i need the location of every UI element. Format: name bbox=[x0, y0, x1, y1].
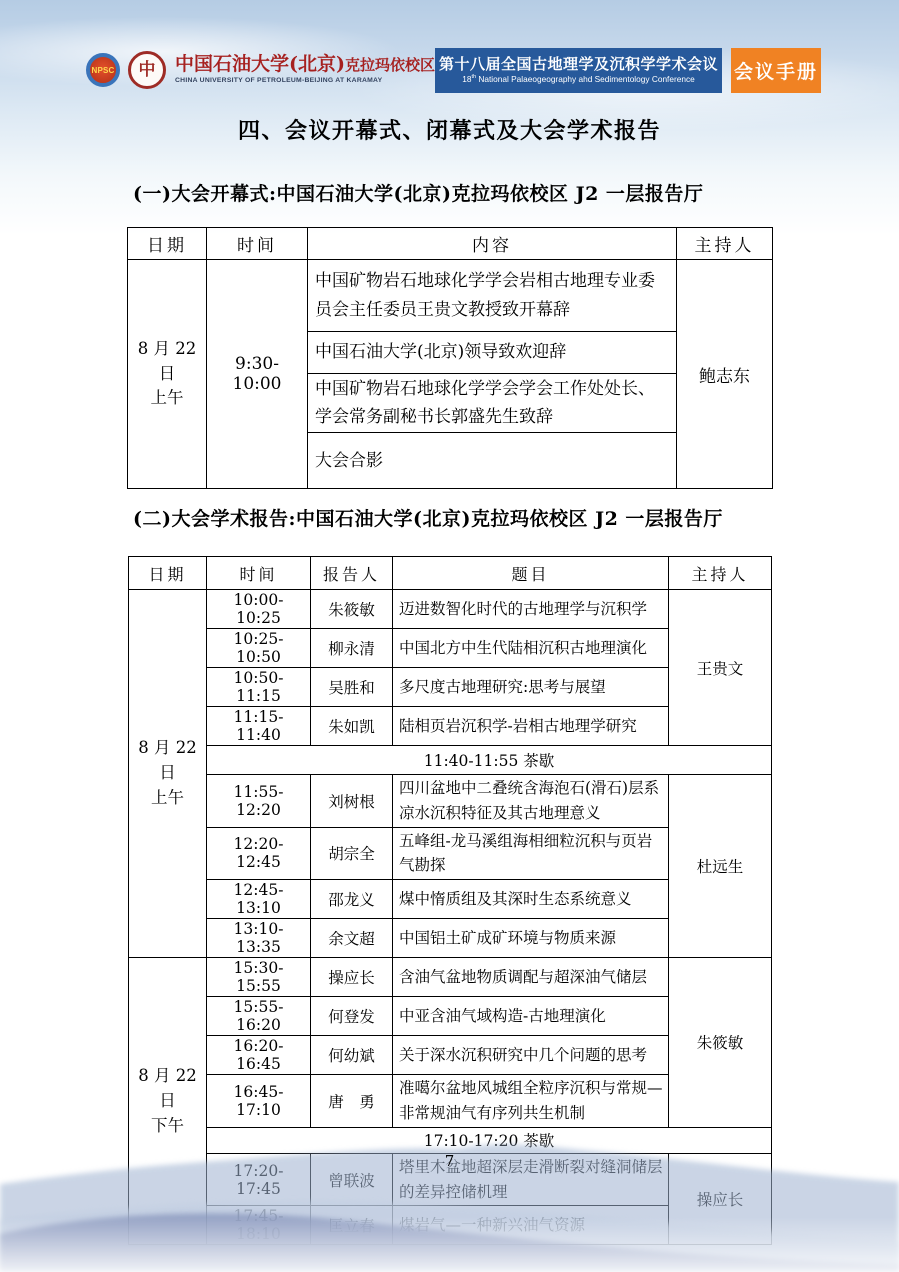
speaker-cell: 唐 勇 bbox=[311, 1075, 393, 1128]
conference-en-rest: National Palaeogeography ahd Sedimentolo… bbox=[476, 74, 695, 84]
speaker-cell: 朱筱敏 bbox=[311, 590, 393, 629]
speaker-cell: 匡立春 bbox=[311, 1206, 393, 1245]
date-line1: 8 月 22 日 bbox=[134, 1064, 201, 1114]
title-cell: 关于深水沉积研究中几个问题的思考 bbox=[393, 1036, 669, 1075]
campus-name: 克拉玛依校区 bbox=[345, 56, 435, 74]
moderator-cell: 鲍志东 bbox=[677, 260, 773, 489]
date-line1: 8 月 22 日 bbox=[134, 736, 201, 786]
moderator-cell: 王贵文 bbox=[669, 590, 772, 746]
content-cell: 中国石油大学(北京)领导致欢迎辞 bbox=[308, 332, 677, 374]
column-header-time: 时间 bbox=[207, 228, 308, 260]
title-cell: 陆相页岩沉积学-岩相古地理学研究 bbox=[393, 707, 669, 746]
page: NPSC 中 中国石油大学(北京)克拉玛依校区 CHINA UNIVERSITY… bbox=[0, 0, 899, 1272]
time-cell: 11:55-12:20 bbox=[207, 775, 311, 828]
time-cell: 13:10-13:35 bbox=[207, 919, 311, 958]
conference-title-en: 18th National Palaeogeography ahd Sedime… bbox=[462, 74, 694, 84]
time-cell: 9:30-10:00 bbox=[207, 260, 308, 489]
table1-row: 8 月 22 日 上午 9:30-10:00 中国矿物岩石地球化学学会岩相古地理… bbox=[128, 260, 773, 332]
speaker-cell: 柳永清 bbox=[311, 629, 393, 668]
conference-title-cn: 第十八届全国古地理学及沉积学学术会议 bbox=[439, 56, 718, 73]
time-cell: 12:20-12:45 bbox=[207, 827, 311, 880]
date-cell-morning: 8 月 22 日 上午 bbox=[129, 590, 207, 958]
title-cell: 中亚含油气域构造-古地理演化 bbox=[393, 997, 669, 1036]
time-cell: 15:55-16:20 bbox=[207, 997, 311, 1036]
page-title: 四、会议开幕式、闭幕式及大会学术报告 bbox=[0, 114, 899, 145]
time-cell: 17:45-18:10 bbox=[207, 1206, 311, 1245]
conference-en-number: 18 bbox=[462, 74, 471, 84]
date-cell-afternoon: 8 月 22 日 下午 bbox=[129, 958, 207, 1245]
university-name-en: CHINA UNIVERSITY OF PETROLEUM-BEIJING AT… bbox=[175, 77, 435, 84]
time-cell: 10:25-10:50 bbox=[207, 629, 311, 668]
title-cell: 四川盆地中二叠统含海泡石(滑石)层系凉水沉积特征及其古地理意义 bbox=[393, 775, 669, 828]
speaker-cell: 邵龙义 bbox=[311, 880, 393, 919]
moderator-cell: 朱筱敏 bbox=[669, 958, 772, 1128]
column-header-time: 时间 bbox=[207, 557, 311, 590]
time-cell: 16:20-16:45 bbox=[207, 1036, 311, 1075]
header: NPSC 中 中国石油大学(北京)克拉玛依校区 CHINA UNIVERSITY… bbox=[86, 44, 819, 96]
talk-row: 8 月 22 日 上午 10:00-10:25 朱筱敏 迈进数智化时代的古地理学… bbox=[129, 590, 772, 629]
time-cell: 16:45-17:10 bbox=[207, 1075, 311, 1128]
tea-break-cell: 17:10-17:20 茶歇 bbox=[207, 1127, 772, 1153]
speaker-cell: 何幼斌 bbox=[311, 1036, 393, 1075]
university-name-block: 中国石油大学(北京)克拉玛依校区 CHINA UNIVERSITY OF PET… bbox=[175, 55, 435, 84]
handbook-badge: 会议手册 bbox=[731, 48, 821, 93]
content-cell: 中国矿物岩石地球化学学会学会工作处处长、学会常务副秘书长郭盛先生致辞 bbox=[308, 374, 677, 433]
academic-reports-table: 日期 时间 报告人 题目 主持人 8 月 22 日 上午 10:00-10:25… bbox=[128, 556, 772, 1245]
university-name-cn: 中国石油大学(北京)克拉玛依校区 bbox=[175, 55, 435, 75]
talk-row: 11:55-12:20 刘树根 四川盆地中二叠统含海泡石(滑石)层系凉水沉积特征… bbox=[129, 775, 772, 828]
column-header-date: 日期 bbox=[128, 228, 207, 260]
time-cell: 11:15-11:40 bbox=[207, 707, 311, 746]
table1-header-row: 日期 时间 内容 主持人 bbox=[128, 228, 773, 260]
conference-title-banner: 第十八届全国古地理学及沉积学学术会议 18th National Palaeog… bbox=[435, 48, 722, 93]
opening-ceremony-table: 日期 时间 内容 主持人 8 月 22 日 上午 9:30-10:00 中国矿物… bbox=[127, 227, 773, 489]
speaker-cell: 胡宗全 bbox=[311, 827, 393, 880]
title-cell: 五峰组-龙马溪组海相细粒沉积与页岩气勘探 bbox=[393, 827, 669, 880]
npsc-logo-icon: NPSC bbox=[86, 53, 120, 87]
section1-heading: (一)大会开幕式:中国石油大学(北京)克拉玛依校区 J2 一层报告厅 bbox=[133, 179, 873, 206]
speaker-cell: 吴胜和 bbox=[311, 668, 393, 707]
column-header-content: 内容 bbox=[308, 228, 677, 260]
title-cell: 准噶尔盆地风城组全粒序沉积与常规—非常规油气有序列共生机制 bbox=[393, 1075, 669, 1128]
date-line2: 上午 bbox=[133, 386, 201, 411]
time-cell: 12:45-13:10 bbox=[207, 880, 311, 919]
section2-heading: (二)大会学术报告:中国石油大学(北京)克拉玛依校区 J2 一层报告厅 bbox=[133, 504, 873, 531]
title-cell: 多尺度古地理研究:思考与展望 bbox=[393, 668, 669, 707]
tea-break-row: 17:10-17:20 茶歇 bbox=[129, 1127, 772, 1153]
tea-break-row: 11:40-11:55 茶歇 bbox=[129, 746, 772, 775]
table2-header-row: 日期 时间 报告人 题目 主持人 bbox=[129, 557, 772, 590]
column-header-date: 日期 bbox=[129, 557, 207, 590]
time-cell: 15:30-15:55 bbox=[207, 958, 311, 997]
speaker-cell: 何登发 bbox=[311, 997, 393, 1036]
npsc-logo-label: NPSC bbox=[91, 66, 114, 75]
content-cell: 中国矿物岩石地球化学学会岩相古地理专业委员会主任委员王贵文教授致开幕辞 bbox=[308, 260, 677, 332]
column-header-moderator: 主持人 bbox=[669, 557, 772, 590]
date-line2: 上午 bbox=[134, 786, 201, 811]
speaker-cell: 刘树根 bbox=[311, 775, 393, 828]
speaker-cell: 操应长 bbox=[311, 958, 393, 997]
date-line1: 8 月 22 日 bbox=[133, 337, 201, 387]
column-header-moderator: 主持人 bbox=[677, 228, 773, 260]
time-cell: 10:50-11:15 bbox=[207, 668, 311, 707]
content-cell: 大会合影 bbox=[308, 433, 677, 489]
speaker-cell: 朱如凯 bbox=[311, 707, 393, 746]
title-cell: 煤岩气—一种新兴油气资源 bbox=[393, 1206, 669, 1245]
date-cell: 8 月 22 日 上午 bbox=[128, 260, 207, 489]
date-line2: 下午 bbox=[134, 1114, 201, 1139]
title-cell: 煤中惰质组及其深时生态系统意义 bbox=[393, 880, 669, 919]
page-number: 7 bbox=[0, 1152, 899, 1170]
speaker-cell: 余文超 bbox=[311, 919, 393, 958]
university-seal-glyph: 中 bbox=[139, 62, 156, 79]
talk-row: 8 月 22 日 下午 15:30-15:55 操应长 含油气盆地物质调配与超深… bbox=[129, 958, 772, 997]
title-cell: 中国铝土矿成矿环境与物质来源 bbox=[393, 919, 669, 958]
title-cell: 含油气盆地物质调配与超深油气储层 bbox=[393, 958, 669, 997]
column-header-speaker: 报告人 bbox=[311, 557, 393, 590]
title-cell: 迈进数智化时代的古地理学与沉积学 bbox=[393, 590, 669, 629]
university-seal-icon: 中 bbox=[128, 51, 166, 89]
time-cell: 10:00-10:25 bbox=[207, 590, 311, 629]
university-name-main: 中国石油大学(北京) bbox=[175, 53, 345, 75]
tea-break-cell: 11:40-11:55 茶歇 bbox=[207, 746, 772, 775]
title-cell: 中国北方中生代陆相沉积古地理演化 bbox=[393, 629, 669, 668]
moderator-cell: 杜远生 bbox=[669, 775, 772, 958]
column-header-title: 题目 bbox=[393, 557, 669, 590]
